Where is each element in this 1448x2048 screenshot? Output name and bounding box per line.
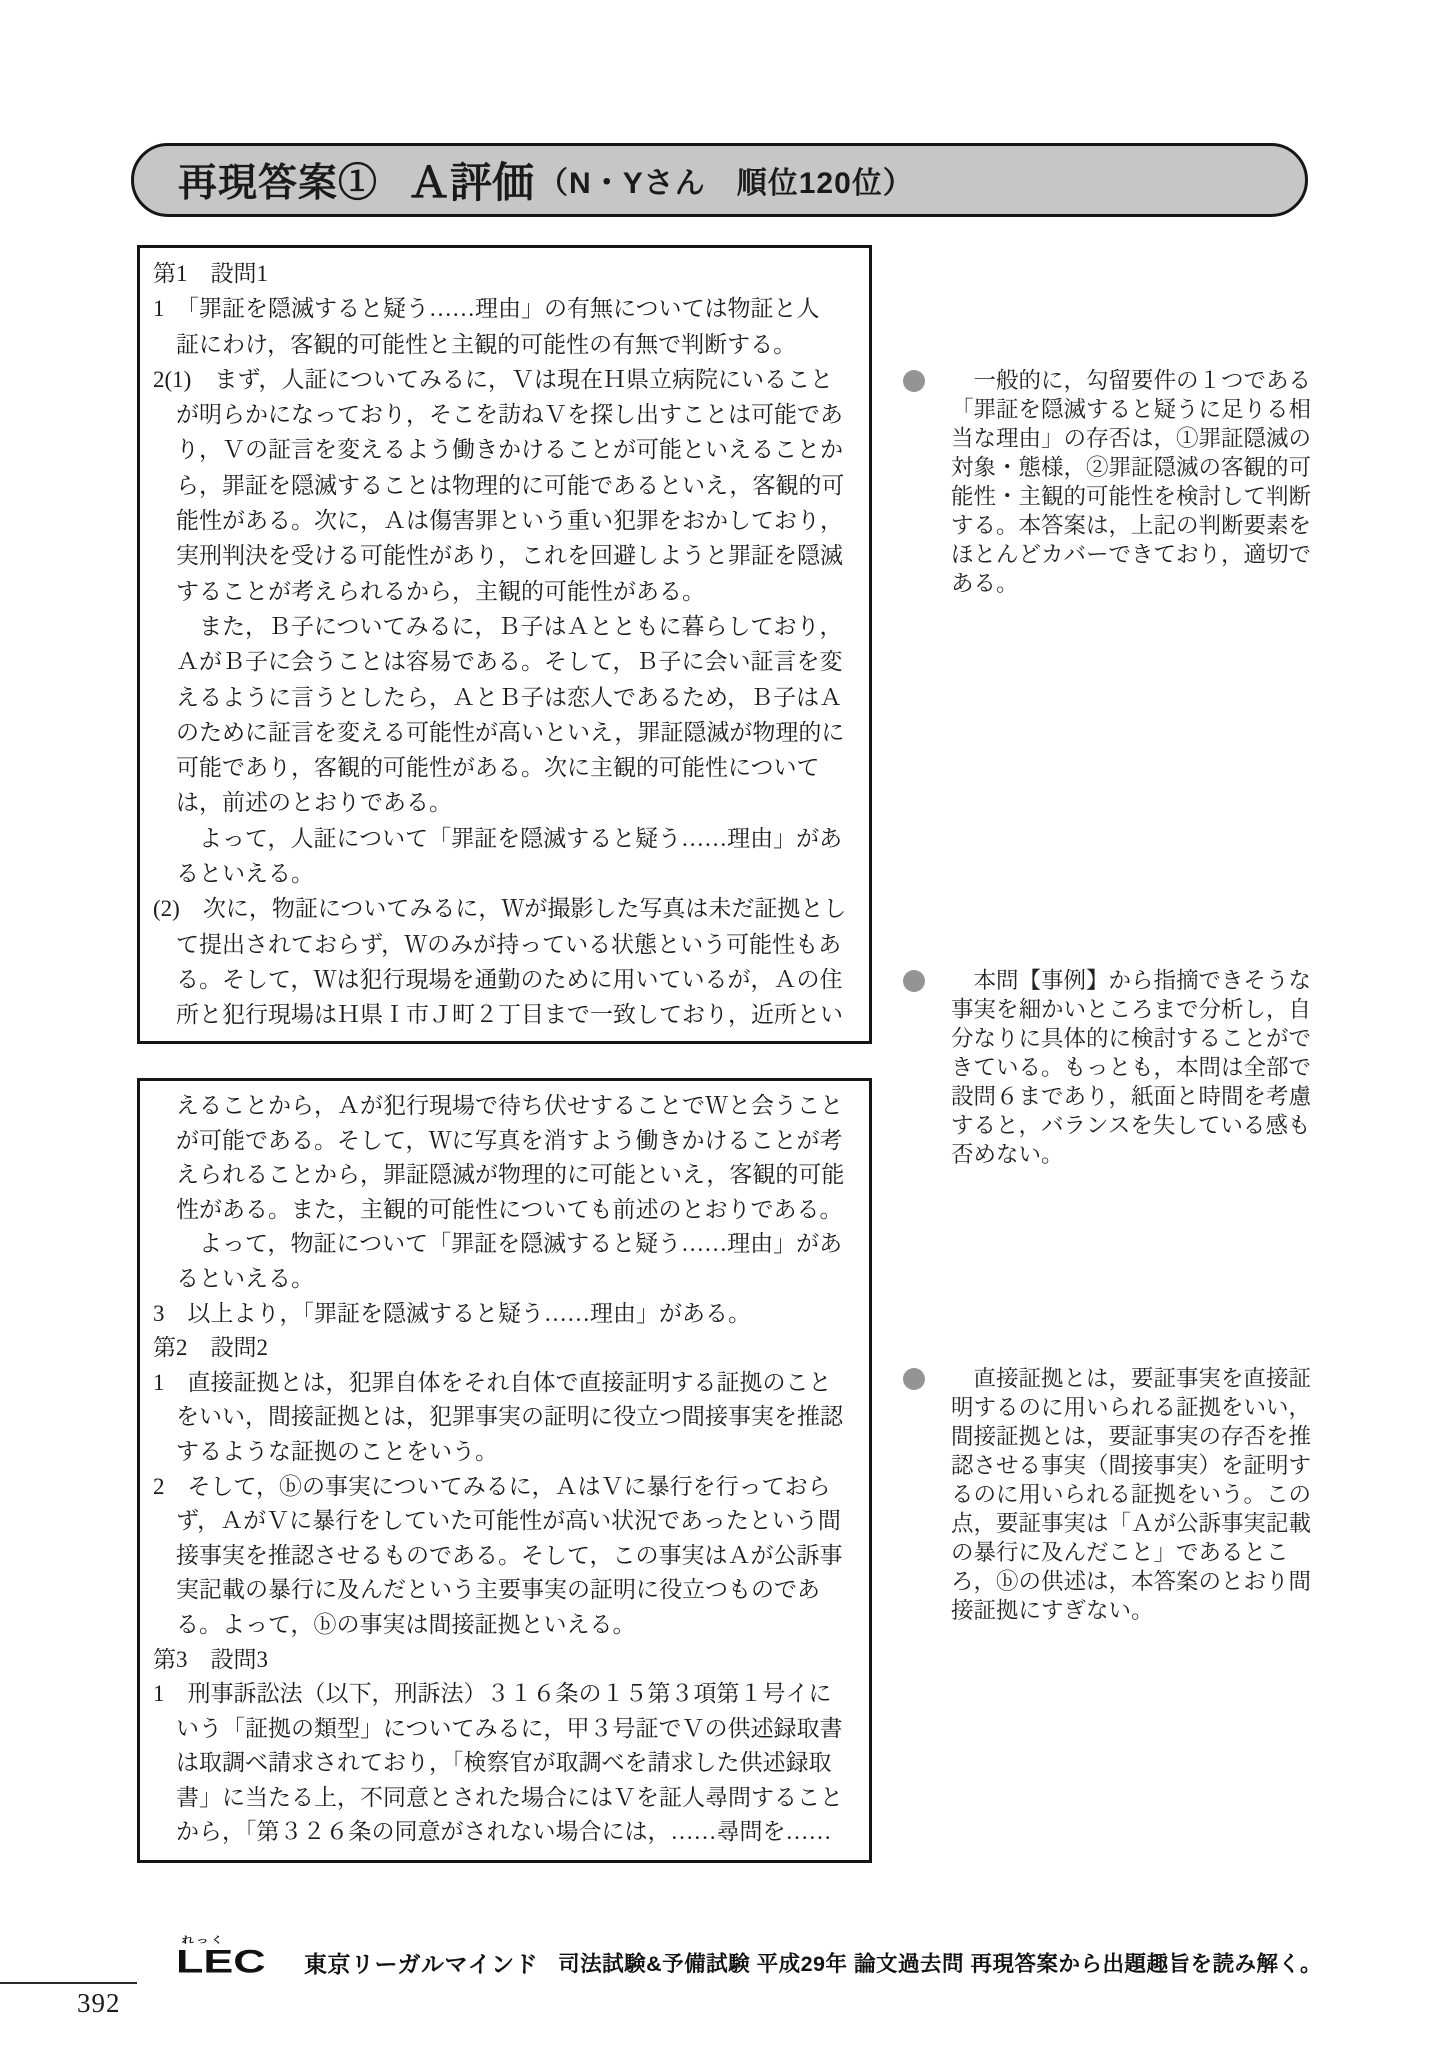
- book-page: 再現答案① Ａ評価 （N・Yさん 順位120位） 第1 設問1 1 「罪証を隠滅…: [0, 0, 1448, 2048]
- margin-comment-2-text: 本問【事例】から指摘できそうな 事実を細かいところまで分析し，自 分なりに具体的…: [951, 966, 1311, 1169]
- bullet-icon: [903, 970, 925, 992]
- author-rank-note: （N・Yさん 順位120位）: [538, 158, 914, 202]
- answer-box-2: えることから，Ａが犯行現場で待ち伏せすることでＷと会うこと が可能である。そして…: [137, 1078, 872, 1863]
- margin-comment-2: 本問【事例】から指摘できそうな 事実を細かいところまで分析し，自 分なりに具体的…: [903, 966, 1333, 1169]
- margin-comment-3: 直接証拠とは，要証事実を直接証 明するのに用いられる証拠をいい， 間接証拠とは，…: [903, 1364, 1333, 1625]
- footer-brand: 東京リーガルマインド: [304, 1946, 538, 1979]
- lec-logo: れっく LEC: [176, 1946, 319, 1979]
- lec-logo-text: LEC: [176, 1944, 266, 1980]
- header-banner: 再現答案① Ａ評価 （N・Yさん 順位120位）: [131, 143, 1308, 217]
- answer-box-1-text: 第1 設問1 1 「罪証を隠滅すると疑う……理由」の有無については物証と人 証に…: [153, 256, 865, 1033]
- margin-comment-1: 一般的に，勾留要件の１つである 「罪証を隠滅すると疑うに足りる相 当な理由」の存…: [903, 366, 1333, 598]
- grade-label: Ａ評価: [408, 150, 534, 210]
- page-number: 392: [77, 1988, 121, 2019]
- margin-comment-1-text: 一般的に，勾留要件の１つである 「罪証を隠滅すると疑うに足りる相 当な理由」の存…: [951, 366, 1311, 598]
- bullet-icon: [903, 1368, 925, 1390]
- bullet-icon: [903, 370, 925, 392]
- reproduced-answer-badge: 再現答案①: [178, 152, 378, 208]
- margin-comment-3-text: 直接証拠とは，要証事実を直接証 明するのに用いられる証拠をいい， 間接証拠とは，…: [951, 1364, 1311, 1625]
- page-number-rule: [0, 1982, 137, 1984]
- footer-tagline: 司法試験&予備試験 平成29年 論文過去問 再現答案から出題趣旨を読み解く。: [558, 1947, 1322, 1978]
- lec-logo-ruby: れっく: [182, 1937, 226, 1946]
- page-footer: れっく LEC 東京リーガルマインド 司法試験&予備試験 平成29年 論文過去問…: [176, 1942, 1322, 1982]
- answer-box-2-text: えることから，Ａが犯行現場で待ち伏せすることでＷと会うこと が可能である。そして…: [153, 1089, 865, 1850]
- answer-box-1: 第1 設問1 1 「罪証を隠滅すると疑う……理由」の有無については物証と人 証に…: [137, 245, 872, 1044]
